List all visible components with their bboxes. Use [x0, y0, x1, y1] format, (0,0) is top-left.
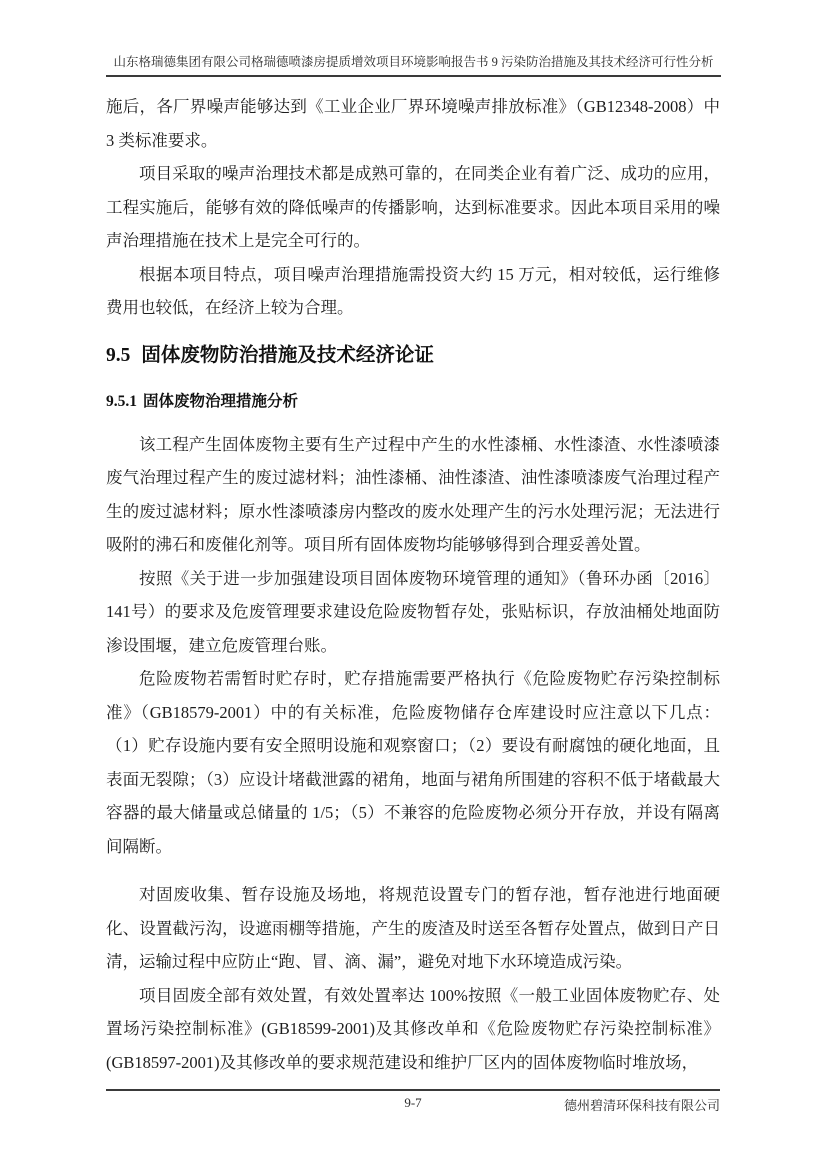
subsection-number: 9.5.1	[106, 393, 137, 410]
paragraph-noise-cost: 根据本项目特点，项目噪声治理措施需投资大约 15 万元，相对较低，运行维修费用也…	[106, 258, 720, 325]
document-page: 山东格瑞德集团有限公司格瑞德喷漆房提质增效项目环境影响报告书 9 污染防治措施及…	[0, 0, 827, 1169]
paragraph-disposal-rate: 项目固废全部有效处置，有效处置率达 100%按照《一般工业固体废物贮存、处置场污…	[106, 979, 720, 1080]
page-footer: 9-7 德州碧清环保科技有限公司	[106, 1089, 720, 1115]
paragraph-noise-continuation: 施后，各厂界噪声能够达到《工业企业厂界环境噪声排放标准》（GB12348-200…	[106, 90, 720, 157]
paragraph-notice-requirements: 按照《关于进一步加强建设项目固体废物环境管理的通知》（鲁环办函〔2016〕141…	[106, 562, 720, 663]
paragraph-noise-technology: 项目采取的噪声治理技术都是成熟可靠的，在同类企业有着广泛、成功的应用，工程实施后…	[106, 157, 720, 258]
section-number: 9.5	[106, 345, 130, 366]
footer-company: 德州碧清环保科技有限公司	[564, 1095, 720, 1114]
page-header: 山东格瑞德集团有限公司格瑞德喷漆房提质增效项目环境影响报告书 9 污染防治措施及…	[106, 54, 721, 77]
document-body: 施后，各厂界噪声能够达到《工业企业厂界环境噪声排放标准》（GB12348-200…	[106, 90, 720, 1079]
paragraph-hazardous-storage: 危险废物若需暂时贮存时，贮存措施需要严格执行《危险废物贮存污染控制标准》（GB1…	[106, 662, 720, 863]
paragraph-collection-facilities: 对固废收集、暂存设施及场地，将规范设置专门的暂存池，暂存池进行地面硬化、设置截污…	[106, 878, 720, 979]
header-title: 山东格瑞德集团有限公司格瑞德喷漆房提质增效项目环境影响报告书 9 污染防治措施及…	[113, 55, 713, 69]
paragraph-solid-waste-types: 该工程产生固体废物主要有生产过程中产生的水性漆桶、水性漆渣、水性漆喷漆废气治理过…	[106, 428, 720, 562]
subsection-title: 固体废物治理措施分析	[143, 393, 298, 410]
subsection-heading-9-5-1: 9.5.1固体废物治理措施分析	[106, 391, 720, 413]
section-title: 固体废物防治措施及技术经济论证	[141, 345, 434, 366]
section-heading-9-5: 9.5固体废物防治措施及技术经济论证	[106, 342, 720, 370]
